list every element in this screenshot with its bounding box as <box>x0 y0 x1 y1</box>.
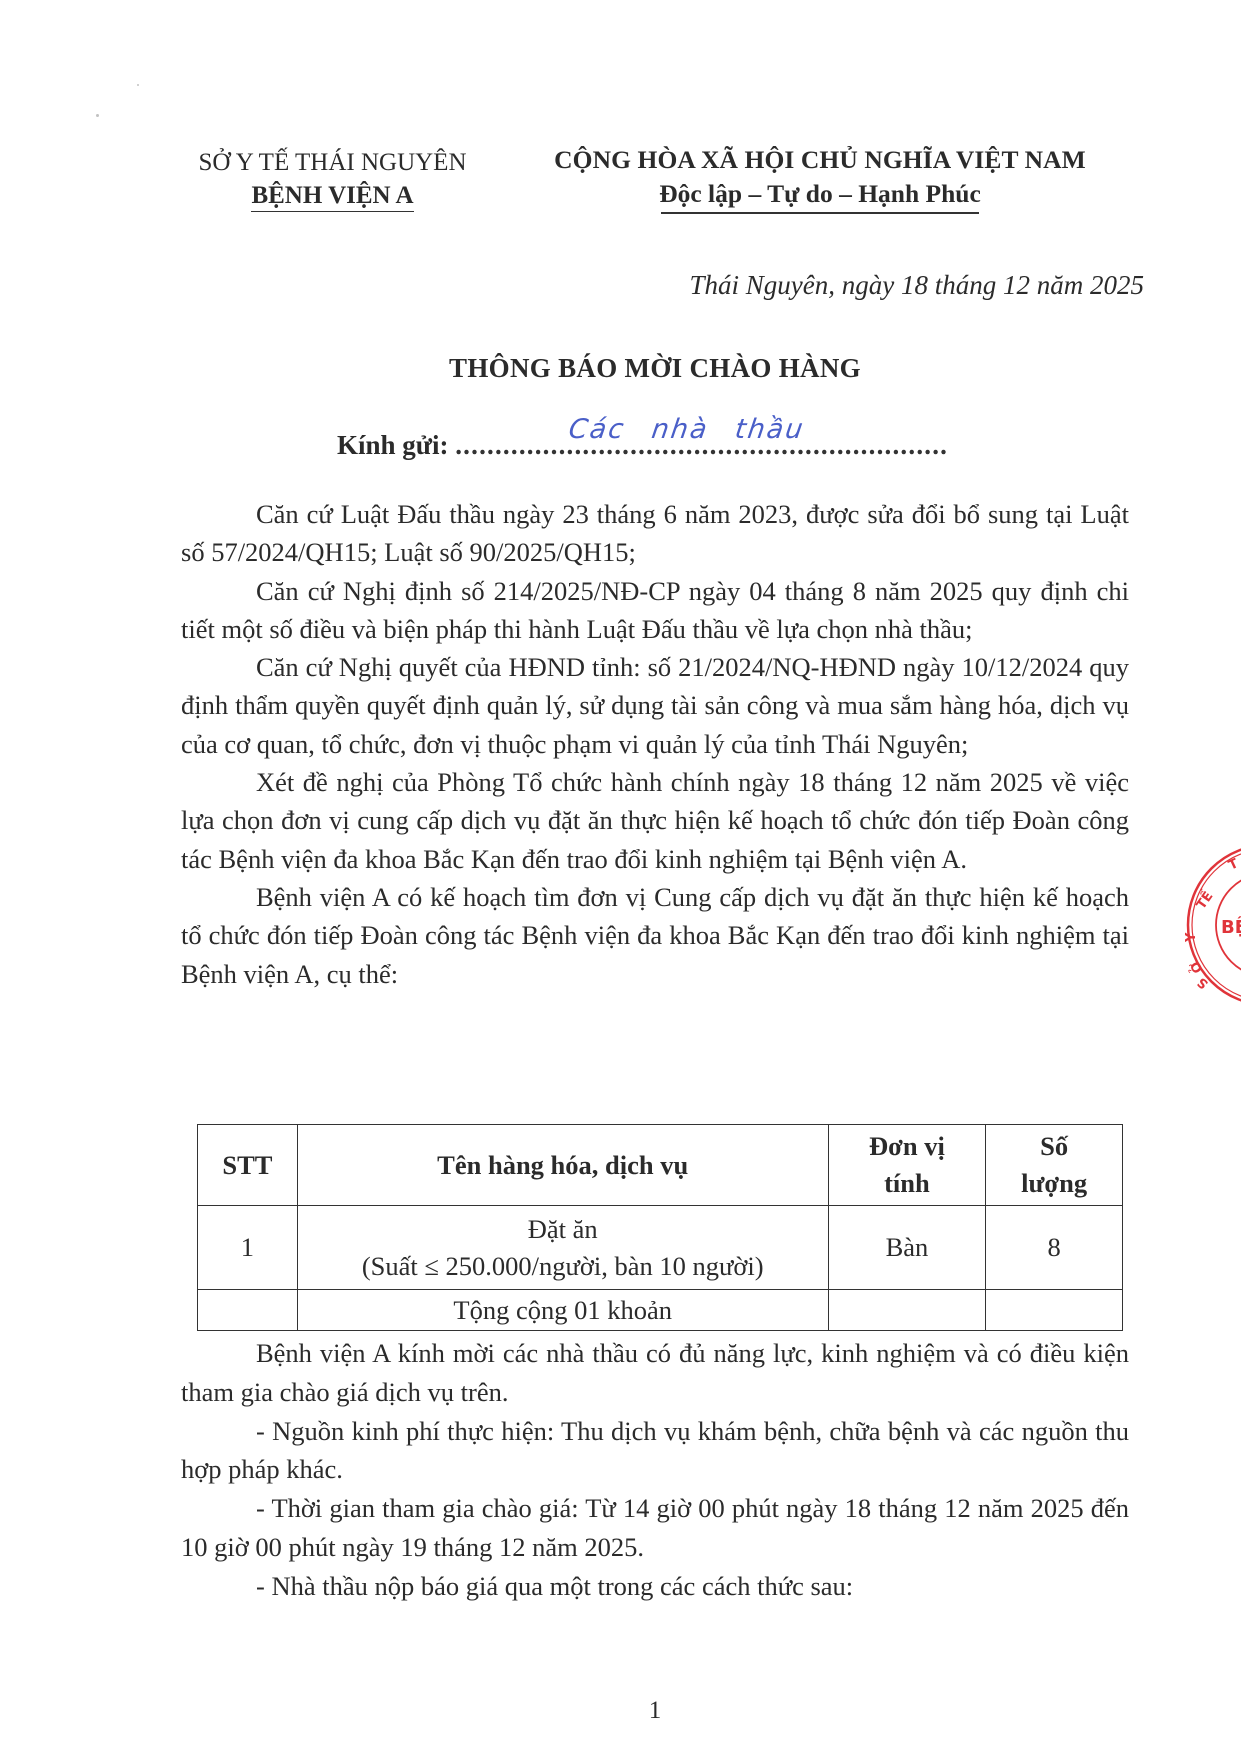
handwritten-addressee: Các nhà thầu <box>567 414 807 445</box>
cell-name: Đặt ăn (Suất ≤ 250.000/người, bàn 10 ngư… <box>297 1206 828 1290</box>
goods-services-table: STT Tên hàng hóa, dịch vụ Đơn vịtính Sốl… <box>197 1124 1123 1331</box>
national-motto: Độc lập – Tự do – Hạnh Phúc <box>659 177 981 215</box>
svg-text:S: S <box>1195 974 1212 992</box>
addressee-line: Kính gửi: ..............................… <box>337 430 948 461</box>
invitation-paragraph: Bệnh viện A kính mời các nhà thầu có đủ … <box>181 1334 1129 1412</box>
addressee-label: Kính gửi: <box>337 430 455 460</box>
hospital-name: BỆNH VIỆN A <box>251 179 413 212</box>
official-stamp-icon: BỆ TẾ Y Ở S T <box>1183 840 1241 1010</box>
column-header-name: Tên hàng hóa, dịch vụ <box>297 1125 828 1206</box>
scan-speck <box>137 84 139 86</box>
cell-unit: Bàn <box>828 1206 986 1290</box>
document-title: THÔNG BÁO MỜI CHÀO HÀNG <box>0 353 1241 384</box>
column-header-stt: STT <box>198 1125 298 1206</box>
cell-quantity <box>986 1290 1123 1331</box>
item-spec: (Suất ≤ 250.000/người, bàn 10 người) <box>302 1248 824 1285</box>
proposal-paragraph: Xét đề nghị của Phòng Tổ chức hành chính… <box>181 763 1129 878</box>
legal-basis-resolution: Căn cứ Nghị quyết của HĐND tỉnh: số 21/2… <box>181 648 1129 763</box>
table-row: 1 Đặt ăn (Suất ≤ 250.000/người, bàn 10 n… <box>198 1206 1123 1290</box>
cell-quantity: 8 <box>986 1206 1123 1290</box>
department-name: SỞ Y TẾ THÁI NGUYÊN <box>160 146 505 179</box>
column-header-unit: Đơn vịtính <box>828 1125 986 1206</box>
legal-basis-law: Căn cứ Luật Đấu thầu ngày 23 tháng 6 năm… <box>181 495 1129 572</box>
quotation-period: - Thời gian tham gia chào giá: Từ 14 giờ… <box>181 1489 1129 1567</box>
page-number: 1 <box>0 1697 1241 1725</box>
svg-text:Y: Y <box>1184 932 1199 943</box>
table-header-row: STT Tên hàng hóa, dịch vụ Đơn vịtính Sốl… <box>198 1125 1123 1206</box>
cell-unit <box>828 1290 986 1331</box>
invitation-details: Bệnh viện A kính mời các nhà thầu có đủ … <box>181 1334 1129 1606</box>
cell-stt: 1 <box>198 1206 298 1290</box>
item-name: Đặt ăn <box>302 1211 824 1248</box>
legal-basis-decree: Căn cứ Nghị định số 214/2025/NĐ-CP ngày … <box>181 572 1129 649</box>
document-date: Thái Nguyên, ngày 18 tháng 12 năm 2025 <box>600 270 1154 301</box>
column-header-quantity: Sốlượng <box>986 1125 1123 1206</box>
plan-paragraph: Bệnh viện A có kế hoạch tìm đơn vị Cung … <box>181 878 1129 993</box>
cell-stt <box>198 1290 298 1331</box>
preamble: Căn cứ Luật Đấu thầu ngày 23 tháng 6 năm… <box>181 495 1129 993</box>
svg-text:BỆ: BỆ <box>1221 916 1241 938</box>
submission-methods-intro: - Nhà thầu nộp báo giá qua một trong các… <box>181 1567 1129 1606</box>
national-heading: CỘNG HÒA XÃ HỘI CHỦ NGHĨA VIỆT NAM Độc l… <box>520 143 1120 215</box>
nation-name: CỘNG HÒA XÃ HỘI CHỦ NGHĨA VIỆT NAM <box>520 143 1120 177</box>
funding-source: - Nguồn kinh phí thực hiện: Thu dịch vụ … <box>181 1412 1129 1490</box>
table-total-row: Tộng cộng 01 khoản <box>198 1290 1123 1331</box>
scan-speck <box>96 114 99 117</box>
svg-text:T: T <box>1226 856 1240 873</box>
issuing-authority: SỞ Y TẾ THÁI NGUYÊN BỆNH VIỆN A <box>160 146 505 212</box>
cell-total-label: Tộng cộng 01 khoản <box>297 1290 828 1331</box>
